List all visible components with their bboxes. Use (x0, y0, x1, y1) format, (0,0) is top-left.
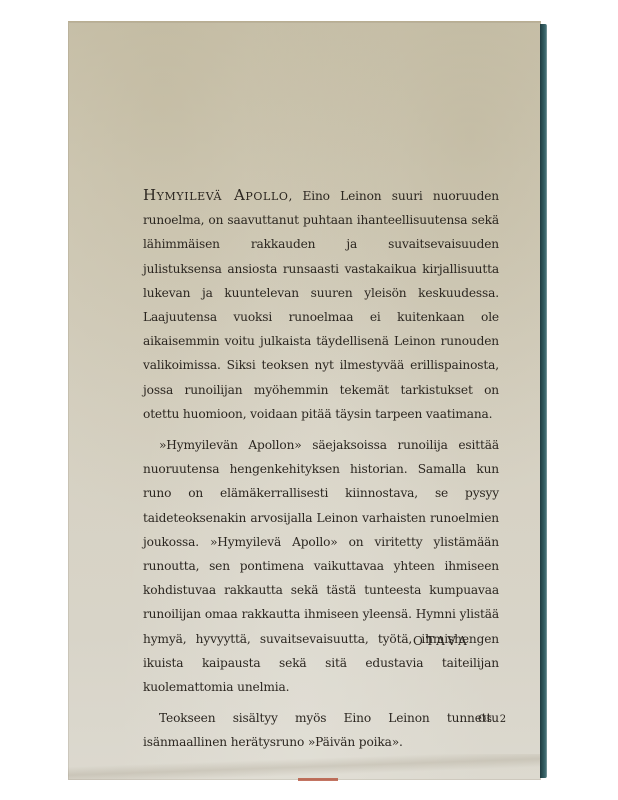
blurb-paragraph-3: Teokseen sisältyy myös Eino Leinon tunne… (143, 706, 499, 754)
paragraph-text: »Hymyilevän Apollon» säejaksoissa runoil… (143, 438, 499, 694)
binding-peek (298, 778, 338, 781)
part-number: Os. 2 (478, 714, 507, 725)
blurb-paragraph-2: »Hymyilevän Apollon» säejaksoissa runoil… (143, 433, 499, 699)
spine-edge (540, 24, 547, 778)
blurb-paragraph-1: Hymyilevä Apollo, Eino Leinon suuri nuor… (143, 183, 499, 426)
paragraph-text: , Eino Leinon suuri nuoruuden runoelma, … (143, 189, 499, 421)
paragraph-text: Teokseen sisältyy myös Eino Leinon tunne… (143, 711, 499, 749)
book-title: Hymyilevä Apollo (143, 186, 288, 204)
publisher-name: OTAVA (413, 634, 470, 648)
blurb-text: Hymyilevä Apollo, Eino Leinon suuri nuor… (143, 183, 499, 762)
